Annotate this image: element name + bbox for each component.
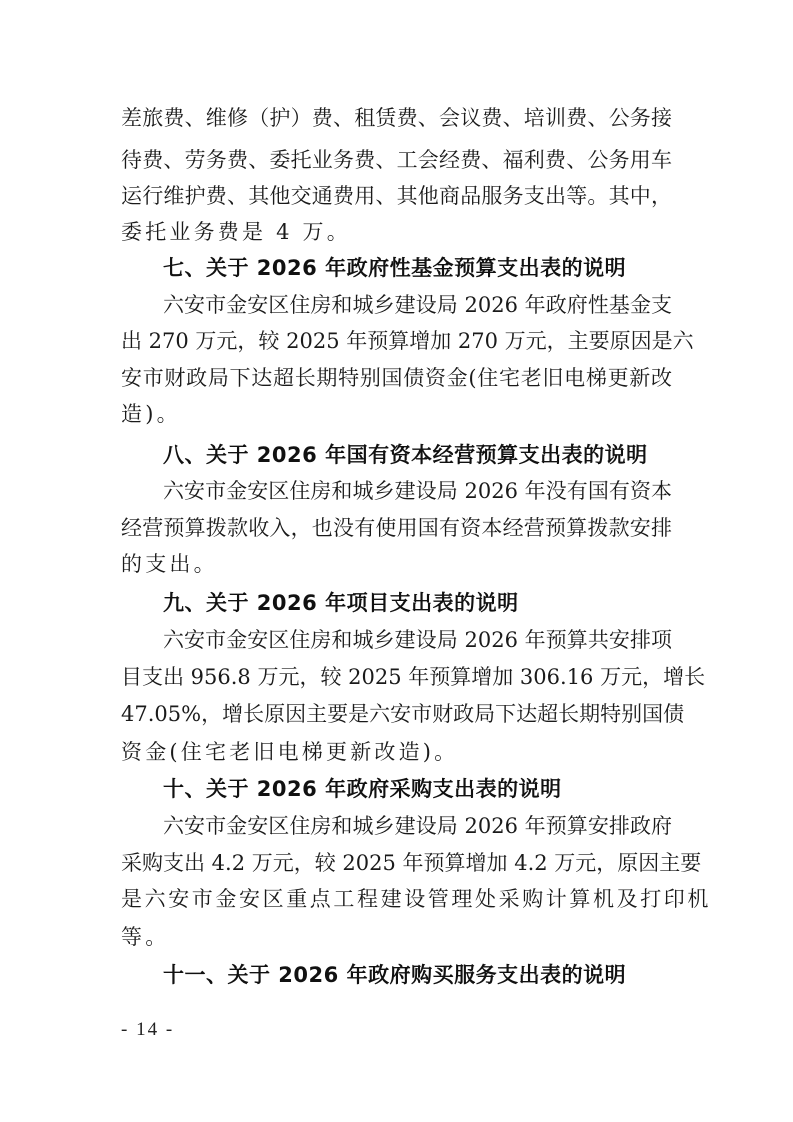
paragraph-line: 采购支出 4.2 万元，较 2025 年预算增加 4.2 万元，原因主要	[121, 848, 672, 878]
paragraph-line: 等。	[121, 922, 681, 952]
section-heading-7: 七、关于 2026 年政府性基金预算支出表的说明	[163, 253, 626, 283]
paragraph-line: 经营预算拨款收入，也没有使用国有资本经营预算拨款安排	[121, 513, 672, 543]
paragraph-line: 47.05%，增长原因主要是六安市财政局下达超长期特别国债	[121, 699, 672, 729]
section-heading-11: 十一、关于 2026 年政府购买服务支出表的说明	[163, 960, 626, 990]
section-heading-10: 十、关于 2026 年政府采购支出表的说明	[163, 774, 562, 804]
paragraph-line: 待费、劳务费、委托业务费、工会经费、福利费、公务用车	[121, 145, 672, 175]
paragraph-line: 的支出。	[121, 549, 681, 579]
paragraph-line: 六安市金安区住房和城乡建设局 2026 年没有国有资本	[163, 476, 672, 506]
paragraph-line: 运行维护费、其他交通费用、其他商品服务支出等。其中，	[121, 181, 672, 211]
section-heading-9: 九、关于 2026 年项目支出表的说明	[163, 588, 519, 618]
paragraph-line: 安市财政局下达超长期特别国债资金(住宅老旧电梯更新改	[121, 363, 672, 393]
paragraph-line: 资金(住宅老旧电梯更新改造)。	[121, 737, 681, 767]
paragraph-line: 目支出 956.8 万元，较 2025 年预算增加 306.16 万元，增长	[121, 662, 672, 692]
paragraph-line: 六安市金安区住房和城乡建设局 2026 年预算共安排项	[163, 625, 672, 655]
paragraph-line: 差旅费、维修（护）费、租赁费、会议费、培训费、公务接	[121, 103, 672, 133]
document-page: 差旅费、维修（护）费、租赁费、会议费、培训费、公务接 待费、劳务费、委托业务费、…	[0, 0, 793, 1122]
paragraph-line: 造)。	[121, 399, 681, 429]
paragraph-line: 是六安市金安区重点工程建设管理处采购计算机及打印机	[121, 884, 681, 914]
section-heading-8: 八、关于 2026 年国有资本经营预算支出表的说明	[163, 440, 648, 470]
page-number: - 14 -	[121, 1017, 174, 1043]
paragraph-line: 六安市金安区住房和城乡建设局 2026 年预算安排政府	[163, 811, 672, 841]
paragraph-line: 委托业务费是 4 万。	[121, 217, 681, 247]
paragraph-line: 出 270 万元，较 2025 年预算增加 270 万元，主要原因是六	[121, 326, 672, 356]
paragraph-line: 六安市金安区住房和城乡建设局 2026 年政府性基金支	[163, 290, 672, 320]
